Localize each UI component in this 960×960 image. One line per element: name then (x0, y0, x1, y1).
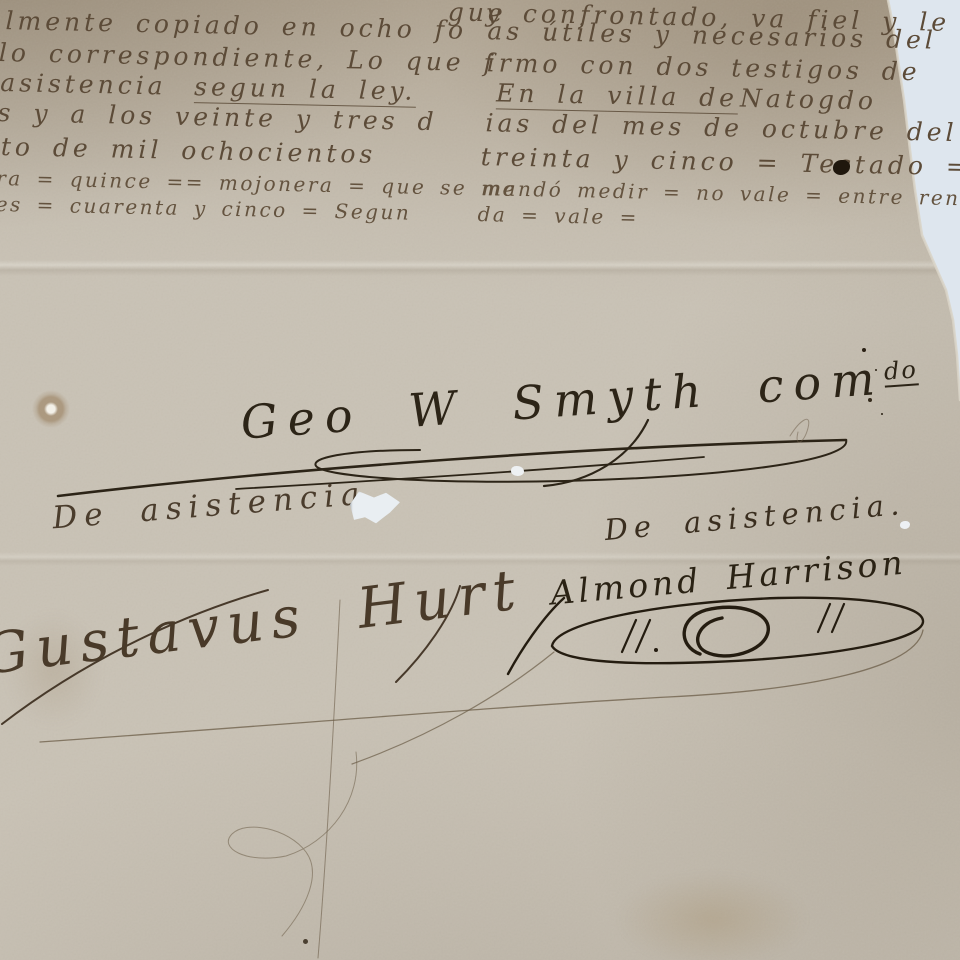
smyth-superscript: do (883, 355, 919, 387)
ink-speck (303, 939, 308, 944)
faint-stain-bottom (618, 872, 808, 960)
manuscript-text-block: gue y confrontado, va fiel y le lmente c… (0, 0, 960, 320)
manuscript-photo: gue y confrontado, va fiel y le lmente c… (0, 0, 960, 960)
paper-fleck-1 (511, 466, 524, 476)
wormhole-stain (32, 390, 70, 428)
